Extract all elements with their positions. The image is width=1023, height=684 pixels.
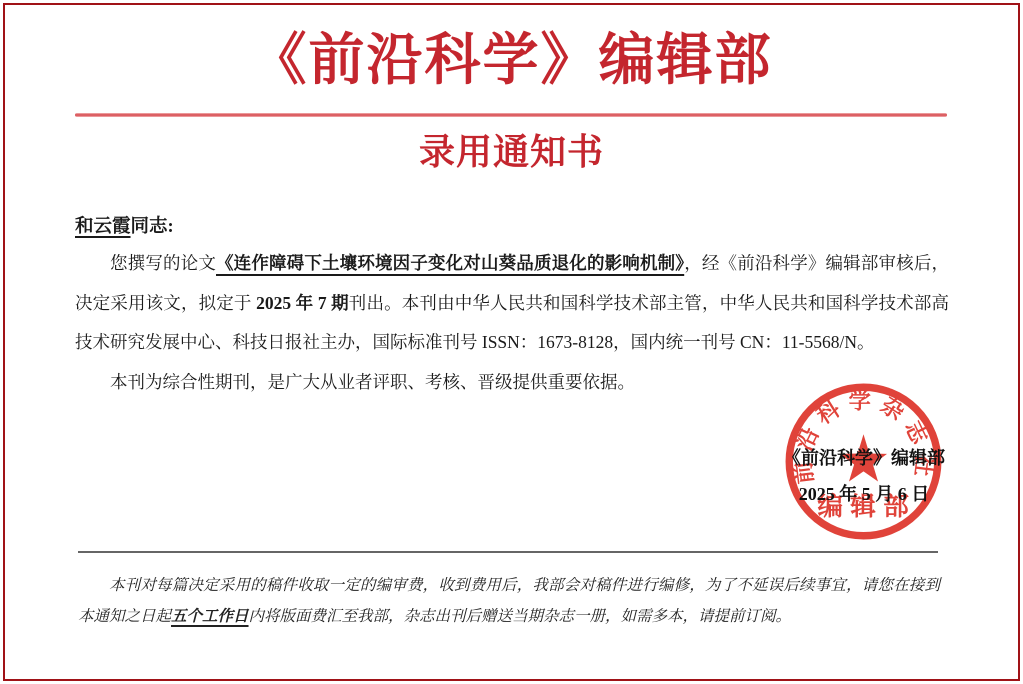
footer-note: 本刊对每篇决定采用的稿件收取一定的编审费，收到费用后，我部会对稿件进行编修，为了… [78, 571, 940, 632]
page-title: 《前沿科学》编辑部 [0, 16, 1023, 96]
paper-title: 《连作障碍下土壤环境因子变化对山葵品质退化的影响机制》 [216, 253, 684, 273]
footer-divider [78, 551, 938, 553]
notice-subtitle: 录用通知书 [0, 124, 1023, 175]
acceptance-letter-page: 《前沿科学》编辑部 录用通知书 和云霞同志: 您撰写的论文《连作障碍下土壤环境因… [0, 0, 1023, 684]
footer-deadline: 五个工作日 [171, 608, 249, 625]
title-divider [75, 113, 947, 117]
salutation-suffix: 同志: [131, 217, 174, 237]
paragraph-acceptance: 您撰写的论文《连作障碍下土壤环境因子变化对山葵品质退化的影响机制》，经《前沿科学… [75, 244, 949, 363]
signature-date: 2025 年 5 月 6 日 [764, 477, 964, 513]
publication-issue: 2025 年 7 期 [256, 293, 349, 313]
footer-rest: 内将版面费汇至我部，杂志出刊后赠送当期杂志一册，如需多本，请提前订阅。 [249, 608, 792, 625]
signature-org: 《前沿科学》编辑部 [764, 441, 964, 477]
recipient-name: 和云霞 [75, 217, 131, 237]
signature-block: 《前沿科学》编辑部 2025 年 5 月 6 日 [764, 441, 964, 512]
para1-lead: 您撰写的论文 [110, 253, 216, 273]
salutation: 和云霞同志: [75, 212, 174, 238]
